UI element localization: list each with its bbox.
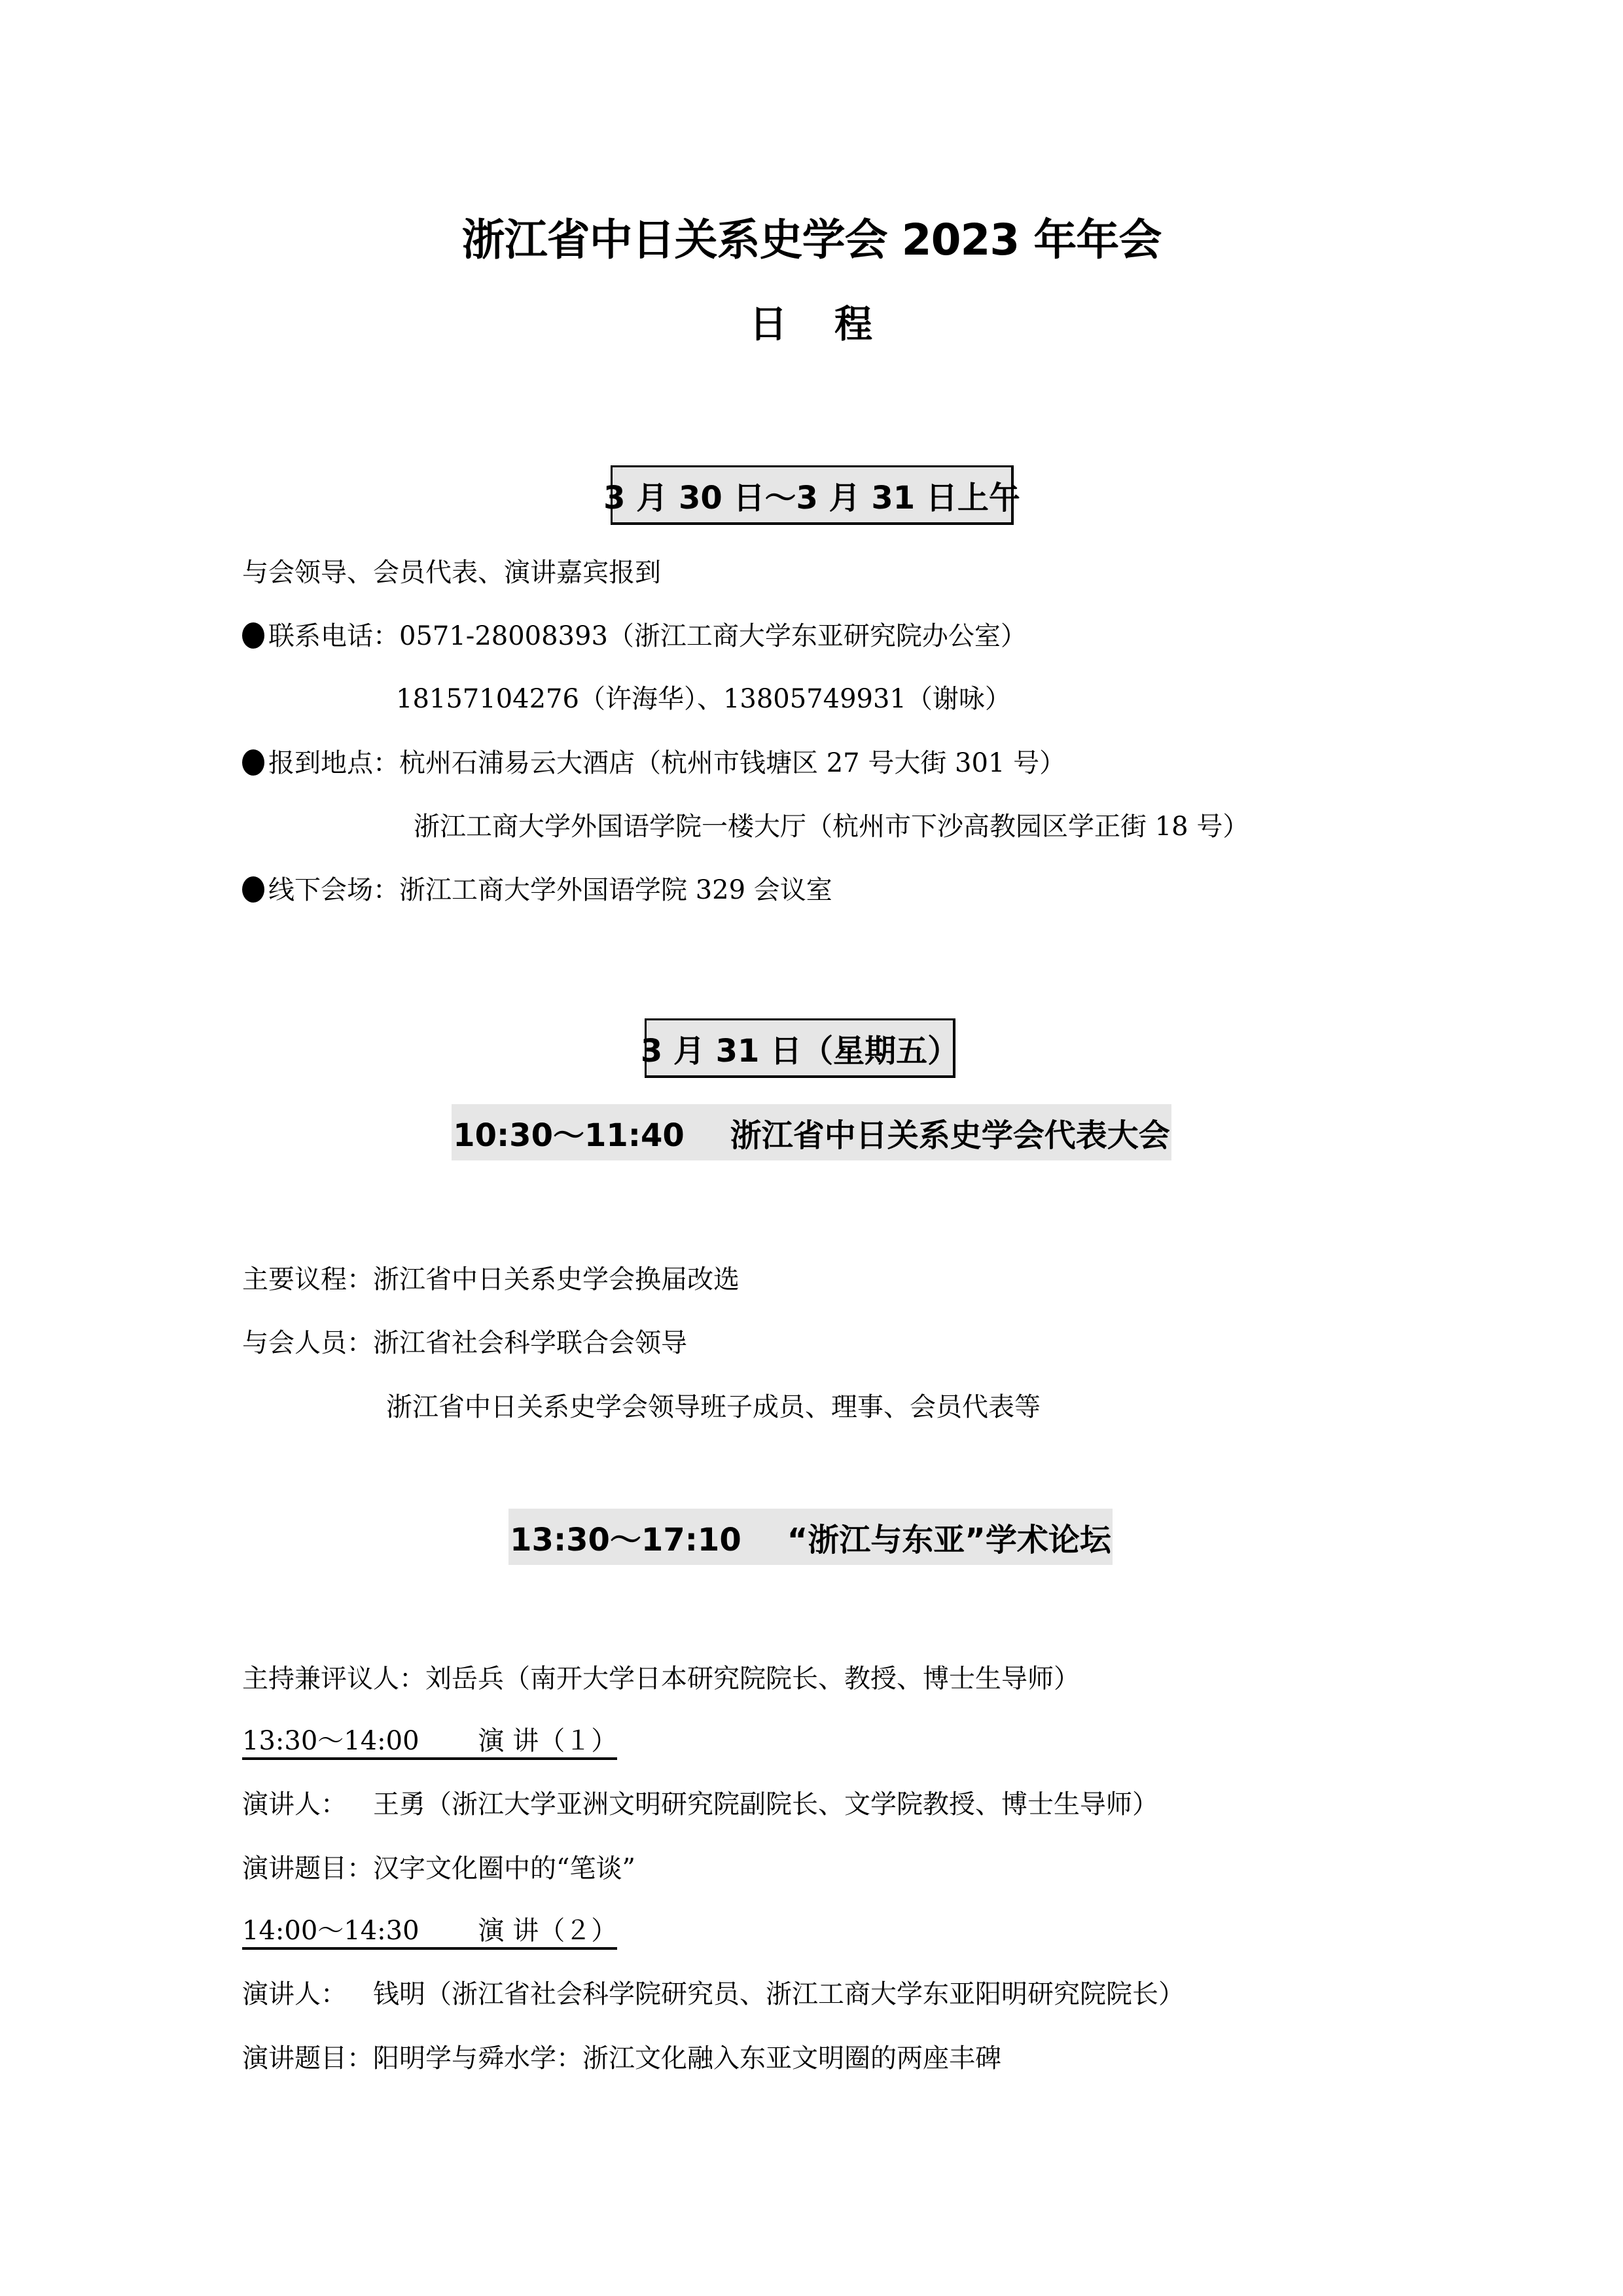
bullet-icon	[242, 622, 264, 649]
session2-time: 13:30～17:10	[510, 1515, 741, 1560]
talk2-label: 演 讲（２）	[478, 1916, 618, 1946]
bullet-icon	[242, 749, 264, 776]
venue-value: 浙江工商大学外国语学院 329 会议室	[399, 875, 832, 905]
talk2-speaker: 钱明（浙江省社会科学院研究员、浙江工商大学东亚阳明研究院院长）	[373, 1979, 1185, 2009]
checkin-label: 报到地点：	[268, 748, 399, 778]
talk2-speaker-row: 演讲人：钱明（浙江省社会科学院研究员、浙江工商大学东亚阳明研究院院长）	[242, 1975, 1185, 2014]
day-date-label: 3 月 31 日（星期五）	[641, 1026, 959, 1071]
subtitle-char-1: 日	[749, 302, 789, 346]
checkin-line-2: 浙江工商大学外国语学院一楼大厅（杭州市下沙高教园区学正街 18 号）	[414, 807, 1249, 846]
registration-intro: 与会领导、会员代表、演讲嘉宾报到	[242, 553, 661, 592]
session1-agenda-row: 主要议程：浙江省中日关系史学会换届改选	[242, 1260, 740, 1299]
subtitle-char-2: 程	[834, 302, 874, 346]
talk1-speaker-label: 演讲人：	[242, 1789, 347, 1820]
attendees-line-2: 浙江省中日关系史学会领导班子成员、理事、会员代表等	[386, 1388, 1041, 1427]
talk2-topic-row: 演讲题目：阳明学与舜水学：浙江文化融入东亚文明圈的两座丰碑	[242, 2039, 1001, 2078]
bullet-icon	[242, 876, 264, 903]
talk1-speaker-row: 演讲人：王勇（浙江大学亚洲文明研究院副院长、文学院教授、博士生导师）	[242, 1785, 1158, 1824]
talk1-heading: 13:30～14:00演 讲（１）	[242, 1721, 617, 1761]
talk2-speaker-label: 演讲人：	[242, 1979, 347, 2009]
session1-attendees-row: 与会人员：浙江省社会科学联合会领导	[242, 1323, 687, 1363]
host-label: 主持兼评议人：	[242, 1664, 425, 1694]
attendees-label: 与会人员：	[242, 1328, 373, 1358]
venue-label: 线下会场：	[268, 875, 399, 905]
contact-line-2: 18157104276（许海华）、13805749931（谢咏）	[396, 679, 1011, 719]
contact-line-1: 0571-28008393（浙江工商大学东亚研究院办公室）	[399, 621, 1027, 651]
talk1-heading-underlined: 13:30～14:00演 讲（１）	[242, 1726, 617, 1760]
session2-name: “浙江与东亚”学术论坛	[787, 1515, 1111, 1560]
session1-time: 10:30～11:40	[453, 1110, 685, 1155]
talk1-time: 13:30～14:00	[242, 1726, 419, 1756]
session1-header-bar: 10:30～11:40浙江省中日关系史学会代表大会	[452, 1104, 1171, 1160]
talk1-topic: 汉字文化圈中的“笔谈”	[373, 1854, 635, 1884]
talk2-topic-label: 演讲题目：	[242, 2043, 373, 2073]
contact-phone-row: 联系电话：0571-28008393（浙江工商大学东亚研究院办公室）	[242, 617, 1027, 656]
talk2-heading: 14:00～14:30演 讲（２）	[242, 1911, 617, 1950]
talk1-topic-row: 演讲题目：汉字文化圈中的“笔谈”	[242, 1849, 635, 1888]
attendees-line-1: 浙江省社会科学联合会领导	[373, 1328, 687, 1358]
talk2-topic: 阳明学与舜水学：浙江文化融入东亚文明圈的两座丰碑	[373, 2043, 1001, 2073]
talk1-speaker: 王勇（浙江大学亚洲文明研究院副院长、文学院教授、博士生导师）	[373, 1789, 1158, 1820]
checkin-line-1: 杭州石浦易云大酒店（杭州市钱塘区 27 号大街 301 号）	[399, 748, 1065, 778]
registration-date-box: 3 月 30 日～3 月 31 日上午	[611, 465, 1014, 525]
document-subtitle: 日程	[0, 298, 1623, 350]
registration-date-label: 3 月 30 日～3 月 31 日上午	[603, 473, 1020, 518]
talk2-heading-underlined: 14:00～14:30演 讲（２）	[242, 1916, 617, 1950]
document-title: 浙江省中日关系史学会 2023 年年会	[0, 211, 1623, 270]
day-date-box: 3 月 31 日（星期五）	[645, 1018, 955, 1078]
session2-header-bar: 13:30～17:10“浙江与东亚”学术论坛	[508, 1509, 1113, 1565]
agenda-label: 主要议程：	[242, 1265, 373, 1295]
venue-row: 线下会场：浙江工商大学外国语学院 329 会议室	[242, 870, 832, 910]
checkin-location-row: 报到地点：杭州石浦易云大酒店（杭州市钱塘区 27 号大街 301 号）	[242, 744, 1065, 783]
talk1-label: 演 讲（１）	[478, 1726, 618, 1756]
contact-label: 联系电话：	[268, 621, 399, 651]
talk2-time: 14:00～14:30	[242, 1916, 419, 1946]
agenda-value: 浙江省中日关系史学会换届改选	[373, 1265, 740, 1295]
session1-name: 浙江省中日关系史学会代表大会	[730, 1110, 1170, 1155]
host-value: 刘岳兵（南开大学日本研究院院长、教授、博士生导师）	[425, 1664, 1080, 1694]
talk1-topic-label: 演讲题目：	[242, 1854, 373, 1884]
session2-host-row: 主持兼评议人：刘岳兵（南开大学日本研究院院长、教授、博士生导师）	[242, 1659, 1080, 1698]
